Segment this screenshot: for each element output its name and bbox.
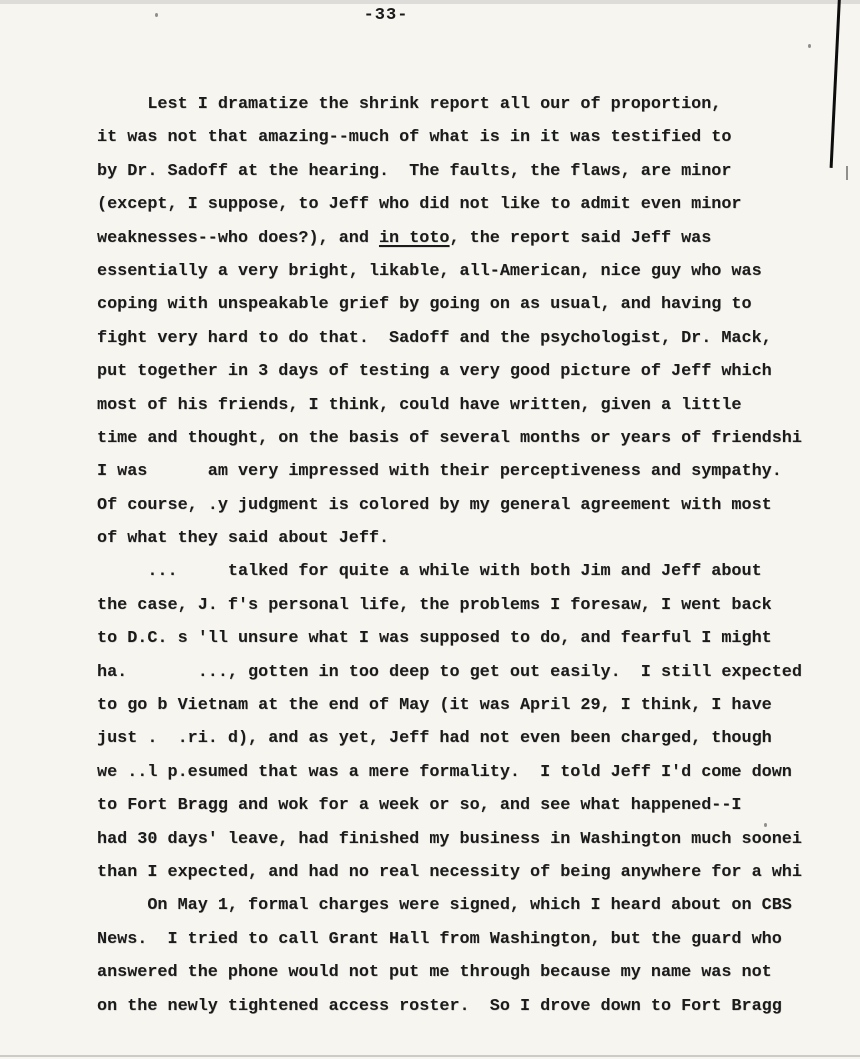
scan-edge-top [0,0,860,4]
text-line: (except, I suppose, to Jeff who did not … [97,188,860,221]
text-line: to go b Vietnam at the end of May (it wa… [97,689,860,722]
text-line: ha. ..., gotten in too deep to get out e… [97,656,860,689]
text-line: by Dr. Sadoff at the hearing. The faults… [97,155,860,188]
text-line: it was not that amazing--much of what is… [97,121,860,154]
text-line: Of course, .y judgment is colored by my … [97,489,860,522]
text-line: put together in 3 days of testing a very… [97,355,860,388]
text-line: the case, J. f's personal life, the prob… [97,589,860,622]
text-line: had 30 days' leave, had finished my busi… [97,823,860,856]
text-line: On May 1, formal charges were signed, wh… [97,889,860,922]
text-line: weaknesses--who does?), and in toto, the… [97,222,860,255]
text-line: News. I tried to call Grant Hall from Wa… [97,923,860,956]
text-line: answered the phone would not put me thro… [97,956,860,989]
text-line: just . .ri. d), and as yet, Jeff had not… [97,722,860,755]
text-line: than I expected, and had no real necessi… [97,856,860,889]
scan-speck [808,44,811,48]
scan-speck [155,13,158,17]
document-body: Lest I dramatize the shrink report all o… [97,88,860,1023]
text-line: we ..l p.esumed that was a mere formalit… [97,756,860,789]
text-line: most of his friends, I think, could have… [97,389,860,422]
text-line: Lest I dramatize the shrink report all o… [97,88,860,121]
scan-edge-bottom [0,1055,860,1057]
text-line: I was am very impressed with their perce… [97,455,860,488]
text-line: coping with unspeakable grief by going o… [97,288,860,321]
text-line: to Fort Bragg and wok for a week or so, … [97,789,860,822]
text-line: essentially a very bright, likable, all-… [97,255,860,288]
text-line: ... talked for quite a while with both J… [97,555,860,588]
text-line: to D.C. s 'll unsure what I was supposed… [97,622,860,655]
text-line: fight very hard to do that. Sadoff and t… [97,322,860,355]
text-line: time and thought, on the basis of severa… [97,422,860,455]
page-number: -33- [344,6,428,25]
text-line: on the newly tightened access roster. So… [97,990,860,1023]
text-line: of what they said about Jeff. [97,522,860,555]
